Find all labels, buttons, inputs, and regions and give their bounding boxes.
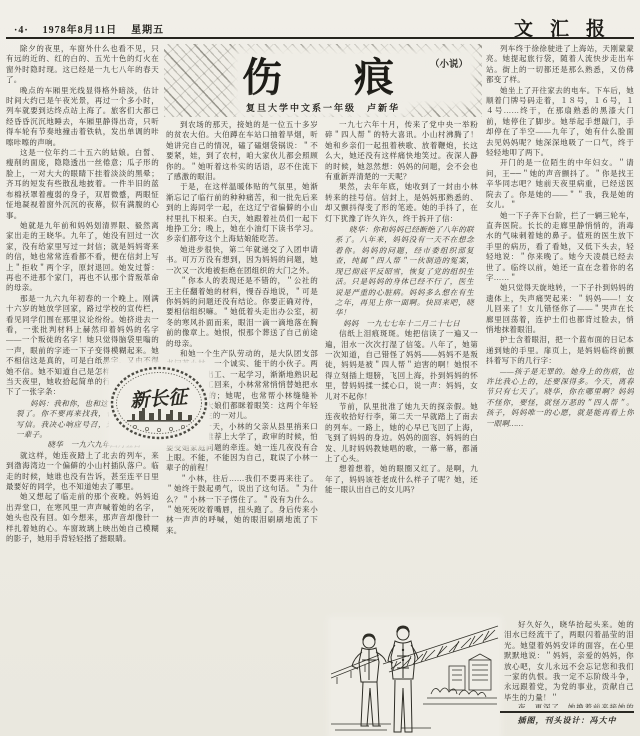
page-number: ·4· xyxy=(14,25,29,36)
story-paragraph: 晚点的车厢里光线显得格外暗淡，估计时间大约已是午夜光景，再过一个多小时，列车就要… xyxy=(6,86,159,148)
title-banner: 伤痕 （小说） 复旦大学中文系一年级 卢新华 xyxy=(164,44,482,117)
newspaper-page: { "page": {"bg": "#efede6", "ink": "#2b2… xyxy=(0,0,640,736)
story-paragraph: 好久好久，晓华抬起头来。她的泪水已经流干了，两眼闪着晶莹的泪光。她望着妈妈安详的… xyxy=(504,620,634,703)
header-left: ·4·1978年8月11日星期五 xyxy=(14,21,178,36)
story-paragraph: 她坐上了开往家去的电车。下车后，她顺着门牌号码走着，１８号，１６号，１４号……终… xyxy=(486,86,634,159)
story-paragraph: 护士含着眼泪，把一个蓝布面的日记本递到她的手里。扉页上，是妈妈临终前颤抖着写下的… xyxy=(486,335,634,366)
story-paragraph: 信纸上泪痕斑斑。她把信读了一遍又一遍，泪水一次次打湿了信笺。八年了，她第一次知道… xyxy=(325,329,478,402)
story-paragraph: 妈妈 一九七七年十二月二十七日 xyxy=(325,319,478,329)
story-title: 伤痕 xyxy=(164,46,482,103)
story-paragraph: 除夕的夜里，车窗外什么也看不见，只有远的近的、红的白的、五光十色的灯火在窗外时隐… xyxy=(6,44,159,86)
weekday: 星期五 xyxy=(131,25,164,36)
story-paragraph: 想着想着，她的眼圈又红了。是啊，九年了，妈妈该苍老成什么样子了呢？她，还能一眼认… xyxy=(325,464,478,495)
story-paragraph: ＂你本人的表现还是不错的，＂公社的王主任翻着她的材料，慢吞吞地说，＂可是你妈妈的… xyxy=(166,276,318,349)
story-paragraph: 她进步很快，第二年就递交了入团申请书。可万万没有想到，因为妈妈的问题，她一次又一… xyxy=(166,245,318,276)
story-paragraph: 到农场的那天，接她的是一位五十多岁的贫农大伯。大伯蹲在车站口抽着旱烟，听她讲完自… xyxy=(166,120,318,182)
story-paragraph: 于是，在这样温暖体贴的气氛里，她渐渐忘记了临行前的种种痛苦，和一批先后来到的上海… xyxy=(166,182,318,244)
story-paragraph: 开门的是一位陌生的中年妇女。＂请问，王──＂她的声音颤抖了。＂你是找王辛华同志吧… xyxy=(486,158,634,210)
story-paragraph: 她又想起了临走前的那个夜晚。妈妈追出弄堂口，在寒风里一声声喊着她的名字，她头也没… xyxy=(6,492,159,544)
story-paragraph: 晓华：你和妈妈已经断绝了八年的联系了。八年来，妈妈没有一天不在想念着你。妈妈的问… xyxy=(325,224,478,319)
story-illustration xyxy=(331,620,499,736)
header-rule xyxy=(6,37,634,39)
new-long-march-badge: 新长征 xyxy=(109,363,209,445)
story-paragraph: 就这样，她连夜踏上了北去的列车，来到渤海湾边一个偏僻的小山村插队落户。临走的时候… xyxy=(6,451,159,493)
story-paragraph: 这是一位年约二十五六的姑娘。白皙、瘦削的面庞，隐隐透出一丝倦意；瓜子形的脸上，一… xyxy=(6,148,159,221)
badge-title-text: 新长征 xyxy=(130,386,192,412)
story-paragraph: 夜，更深了。她挽着前来接她的小林的胳膊，迎着清冷的晨风，朝着灯火通明的南京路，大… xyxy=(504,703,634,708)
text-column-3: 一九七六年十月，传来了党中央一举粉碎＂四人帮＂的特大喜讯。小山村沸腾了！她和乡亲… xyxy=(325,120,478,617)
laurel-oval-icon: 新长征 xyxy=(109,363,209,445)
genre-label: （小说） xyxy=(430,56,468,70)
story-paragraph: ＂小林，往后……我们不要再来往了。＂她终于鼓起勇气，说出了这句话。＂为什么？＂小… xyxy=(166,474,318,536)
story-paragraph: 她只觉得天旋地转，一下子扑到妈妈的遗体上，失声痛哭起来：＂妈妈——！女儿回来了！… xyxy=(486,283,634,335)
two-figures-illustration-icon xyxy=(331,620,499,736)
story-paragraph: 一九七六年十月，传来了党中央一举粉碎＂四人帮＂的特大喜讯。小山村沸腾了！她和乡亲… xyxy=(325,120,478,182)
text-column-4: 列车终于徐徐驶进了上海站，天刚蒙蒙亮。她提起旅行袋，随着人流快步走出车站。街上的… xyxy=(486,44,634,616)
story-paragraph: 她就是九年前和妈妈划清界限、毅然离家出走的王晓华。九年了，她没有回过一次家，没有… xyxy=(6,221,159,294)
illustration-credit-rule xyxy=(500,711,634,713)
text-column-4-lower: 好久好久，晓华抬起头来。她的泪水已经流干了，两眼闪着晶莹的泪光。她望着妈妈安详的… xyxy=(504,620,634,708)
story-paragraph: ——孩子是无罪的。她身上的伤痕，也许比我心上的，还要深得多。今天，离春节只有七天… xyxy=(486,367,634,429)
story-paragraph: 她一下子奔下台阶，拦了一辆三轮车，直奔医院。长长的走廊里静悄悄的，消毒水的气味刺… xyxy=(486,211,634,284)
story-paragraph: 节前，队里批准了她九天的探亲假。她连夜收拾好行李，第二天一早就踏上了南去的列车。… xyxy=(325,402,478,464)
story-paragraph: 果然，去年年底，她收到了一封由小林转来的挂号信。信封上，是妈妈那熟悉的、却又颤抖… xyxy=(325,182,478,224)
story-paragraph: 列车终于徐徐驶进了上海站，天刚蒙蒙亮。她提起旅行袋，随着人流快步走出车站。街上的… xyxy=(486,44,634,86)
issue-date: 1978年8月11日 xyxy=(43,25,117,36)
illustration-credit: 插图，刊头设计：冯大中 xyxy=(500,715,634,726)
byline: 复旦大学中文系一年级 卢新华 xyxy=(164,101,482,114)
